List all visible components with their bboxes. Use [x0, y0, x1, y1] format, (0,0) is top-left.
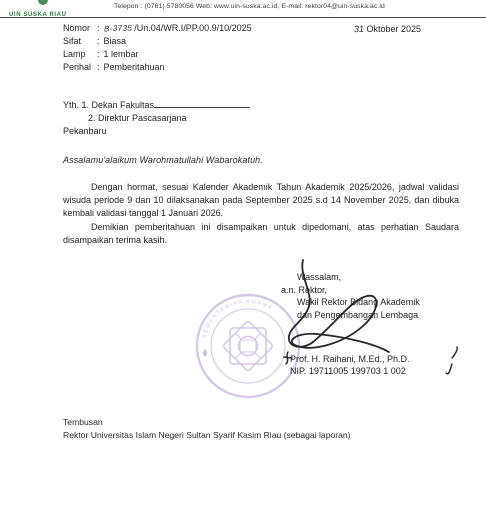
recipient-line-1: Yth. 1. Dekan Fakultas: [63, 98, 250, 112]
letter-page: UIN SUSKA RIAU Telepon : (0761) 5780056 …: [0, 0, 486, 525]
colon: :: [97, 62, 100, 72]
perihal-label: Perihal: [63, 61, 97, 74]
letterhead-contact-line: Telepon : (0761) 5780056 Web: www.uin-su…: [114, 3, 385, 10]
pen-marks: [280, 346, 462, 380]
meta-row-lamp: Lamp:1 lembar: [63, 48, 252, 61]
nomor-label: Nomor: [63, 22, 97, 35]
letter-date: 31 Oktober 2025: [354, 24, 421, 34]
meta-row-perihal: Perihal:Pemberitahuan: [63, 61, 252, 74]
recipient-line-2: 2. Direktur Pascasarjana: [63, 112, 250, 125]
recipient-block: Yth. 1. Dekan Fakultas 2. Direktur Pasca…: [63, 98, 250, 138]
recipient-city: Pekanbaru: [63, 125, 250, 138]
perihal-value: Pemberitahuan: [104, 62, 165, 72]
letter-body: Dengan hormat, sesuai Kalender Akademik …: [63, 181, 459, 247]
colon: :: [97, 49, 100, 59]
nomor-handwritten-number: B-3735: [103, 22, 132, 36]
cc-block: Tembusan Rektor Universitas Islam Negeri…: [63, 416, 351, 441]
body-paragraph-1: Dengan hormat, sesuai Kalender Akademik …: [63, 181, 459, 221]
colon: :: [97, 36, 100, 46]
lamp-value: 1 lembar: [104, 49, 139, 59]
colon: :: [97, 23, 100, 33]
date-handwritten-day: 31: [354, 24, 365, 35]
lamp-label: Lamp: [63, 48, 97, 61]
letterhead-divider: [0, 17, 486, 18]
nomor-value: /Un.04/WR.I/PP.00.9/10/2025: [134, 23, 251, 33]
blank-underline: [154, 98, 250, 108]
cc-line: Rektor Universitas Islam Negeri Sultan S…: [63, 429, 351, 442]
university-logo-icon: [38, 0, 48, 5]
meta-block: Nomor:B-3735 /Un.04/WR.I/PP.00.9/10/2025…: [63, 22, 252, 74]
body-paragraph-2: Demikian pemberitahuan ini disampaikan u…: [63, 221, 459, 247]
cc-label: Tembusan: [63, 416, 351, 429]
meta-row-sifat: Sifat:Biasa: [63, 35, 252, 48]
salutation: Assalamu'alaikum Warohmatullahi Wabaroka…: [63, 155, 263, 165]
meta-row-nomor: Nomor:B-3735 /Un.04/WR.I/PP.00.9/10/2025: [63, 22, 252, 35]
sifat-label: Sifat: [63, 35, 97, 48]
sifat-value: Biasa: [104, 36, 127, 46]
date-month-year: Oktober 2025: [364, 24, 421, 34]
